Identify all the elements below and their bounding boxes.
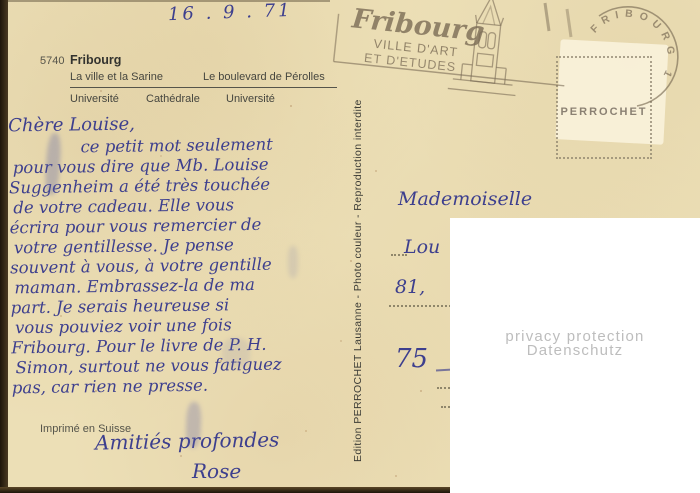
caption-universite-2: Université xyxy=(226,93,275,105)
scan-edge-left xyxy=(0,0,8,493)
address-dotted-line xyxy=(391,254,407,256)
caption-divider-rule xyxy=(70,87,337,88)
stamp-box: PERROCHET xyxy=(556,56,652,159)
privacy-line-2: Datenschutz xyxy=(450,344,700,358)
caption-universite-1: Université xyxy=(70,93,119,105)
stamp-box-label: PERROCHET xyxy=(558,106,650,118)
ink-smudge xyxy=(288,246,298,278)
address-line-street: 81, xyxy=(395,276,425,298)
slogan-line2-text: ET D'ETUDES xyxy=(363,51,456,75)
ink-smudge xyxy=(222,338,250,368)
address-dotted-line xyxy=(389,305,451,307)
cancellation-bar xyxy=(567,9,571,37)
caption-cathedrale: Cathédrale xyxy=(146,93,200,105)
handwritten-date: 16 . 9 . 71 xyxy=(168,0,293,25)
slogan-postmark xyxy=(334,0,587,87)
address-line-name: Lou xyxy=(404,236,440,258)
address-line-recipient: Mademoiselle xyxy=(398,188,532,210)
signature: Rose xyxy=(192,459,241,483)
address-line-postal: 75 xyxy=(395,344,428,374)
catalog-number: 5740 xyxy=(40,55,64,67)
postcard-back: 16 . 9 . 71 5740 Fribourg La ville et la… xyxy=(0,0,700,493)
slogan-line1-text: VILLE D'ART xyxy=(373,37,459,60)
message-line: pas, car rien ne presse. xyxy=(12,374,352,399)
slogan-city-text: Fribourg xyxy=(350,3,486,48)
cancellation-bar xyxy=(545,3,549,31)
scan-edge-bottom xyxy=(0,487,455,493)
caption-boulevard-perolles: Le boulevard de Pérolles xyxy=(203,71,325,83)
caption-ville-sarine: La ville et la Sarine xyxy=(70,71,163,83)
privacy-overlay-text: privacy protection Datenschutz xyxy=(450,330,700,357)
cathedral-tower-icon xyxy=(448,0,526,96)
privacy-overlay: privacy protection Datenschutz xyxy=(450,218,700,493)
card-title: Fribourg xyxy=(70,53,121,67)
edition-credit-vertical: Edition PERROCHET Lausanne - Photo coule… xyxy=(352,42,370,462)
